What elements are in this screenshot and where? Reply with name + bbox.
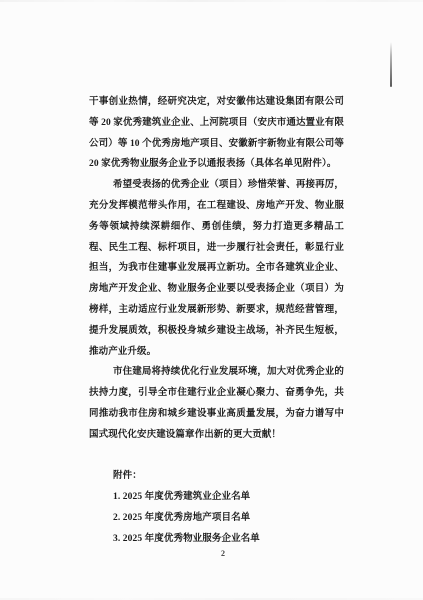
document-page: 干事创业热情，经研究决定，对安徽伟达建设集团有限公司等 20 家优秀建筑业企业、… [0,0,423,600]
body-paragraph: 市住建局将持续优化行业发展环境，加大对优秀企业的扶持力度，引导全市住建行业企业凝… [89,362,344,445]
attachments-label: 附件： [113,466,344,487]
body-paragraph-continuation: 干事创业热情，经研究决定，对安徽伟达建设集团有限公司等 20 家优秀建筑业企业、… [89,92,344,175]
document-body: 干事创业热情，经研究决定，对安徽伟达建设集团有限公司等 20 家优秀建筑业企业、… [89,92,344,550]
attachments-block: 附件： 1. 2025 年度优秀建筑业企业名单 2. 2025 年度优秀房地产项… [89,466,344,549]
attachment-item: 2. 2025 年度优秀房地产项目名单 [113,508,344,529]
page-number: 2 [216,549,230,559]
scan-smudge-top [0,0,423,2]
body-paragraph: 希望受表扬的优秀企业（项目）珍惜荣誉、再接再厉，充分发挥模范带头作用，在工程建设… [89,175,344,362]
attachment-item: 3. 2025 年度优秀物业服务企业名单 [113,529,344,550]
scan-artifact-line [390,42,392,87]
attachment-item: 1. 2025 年度优秀建筑业企业名单 [113,487,344,508]
